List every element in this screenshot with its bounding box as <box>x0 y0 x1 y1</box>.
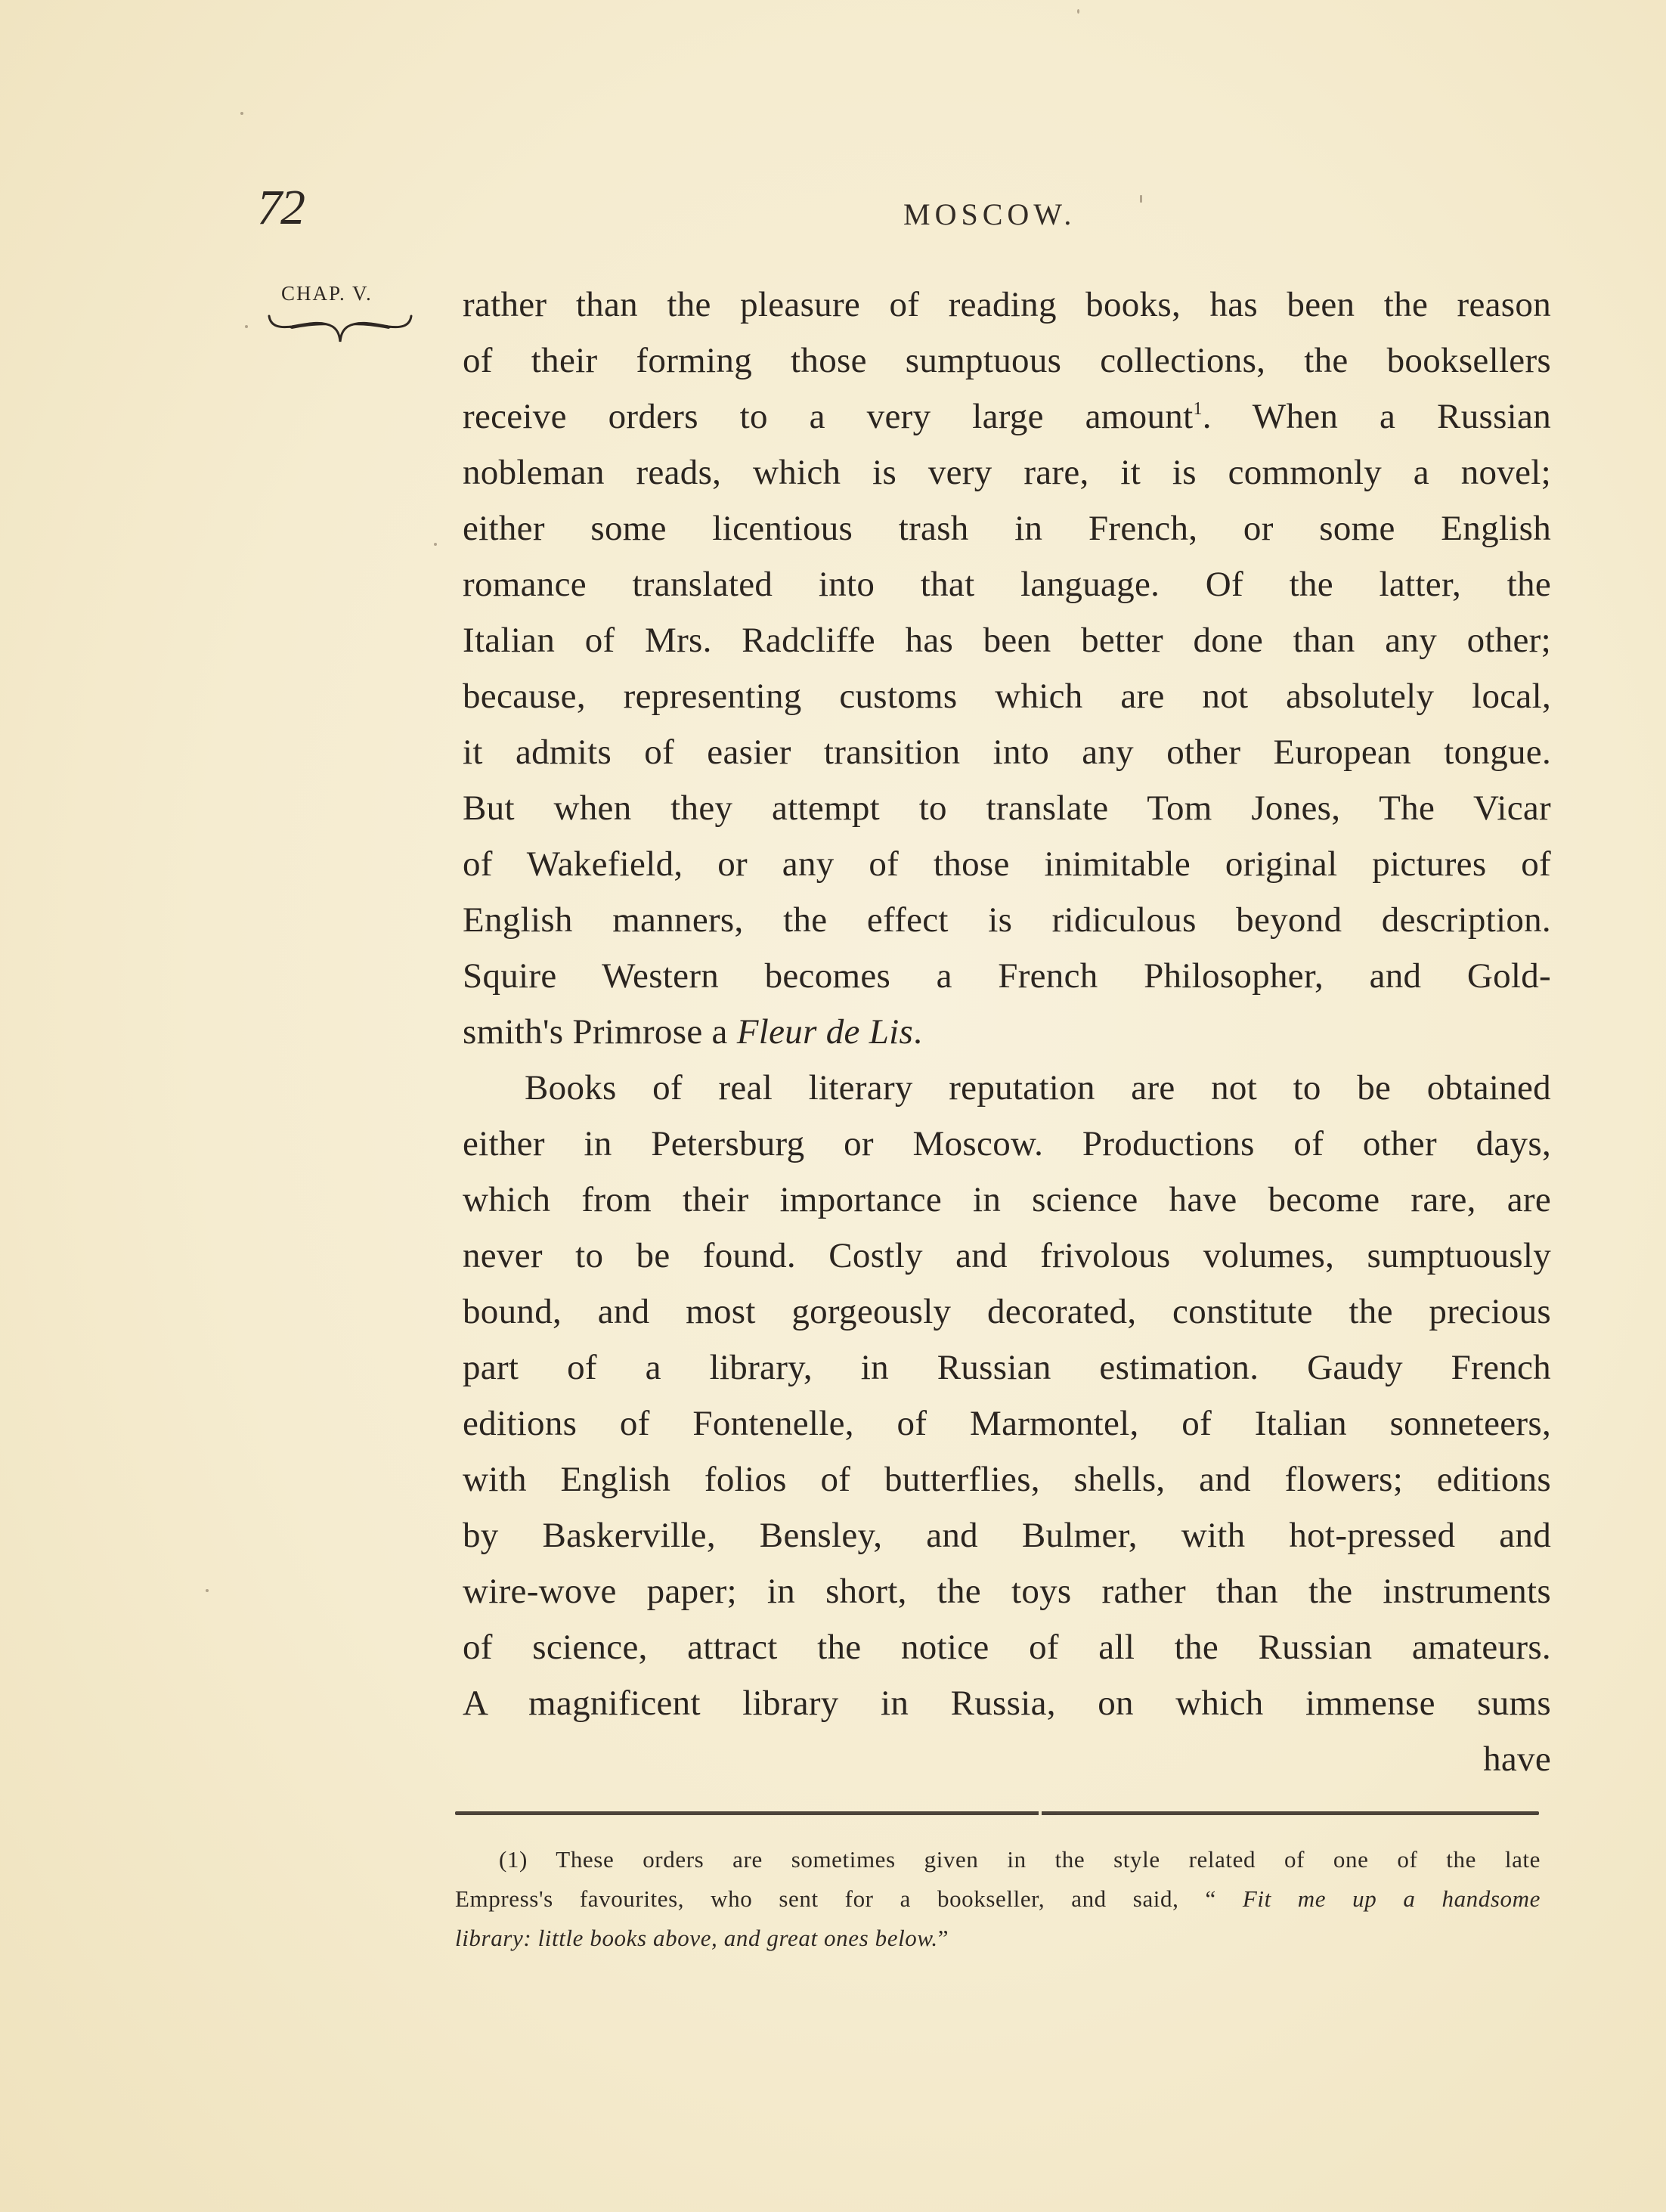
text-span: receive orders to a very large amount <box>463 397 1193 436</box>
text-line: smith's Primrose a Fleur de Lis. <box>463 1004 1551 1060</box>
footnote-rule <box>455 1811 1539 1815</box>
footnote-reference[interactable]: 1 <box>1193 399 1202 419</box>
footnote-text: ” <box>938 1925 949 1951</box>
text-line: Books of real literary reputation are no… <box>463 1060 1551 1116</box>
footnote-quote: Fit me up a handsome <box>1243 1885 1541 1912</box>
text-line: wire-wove paper; in short, the toys rath… <box>463 1563 1551 1619</box>
text-line: with English folios of butterflies, shel… <box>463 1451 1551 1507</box>
book-page: 72 MOSCOW. CHAP. V. rather than the plea… <box>0 0 1666 2212</box>
text-line: either in Petersburg or Moscow. Producti… <box>463 1116 1551 1172</box>
text-line: never to be found. Costly and frivolous … <box>463 1228 1551 1284</box>
paper-speck <box>245 325 248 328</box>
text-span: . <box>913 1012 922 1052</box>
text-line: nobleman reads, which is very rare, it i… <box>463 445 1551 500</box>
text-line: rather than the pleasure of reading book… <box>463 277 1551 333</box>
italic-phrase: Fleur de Lis <box>737 1012 913 1052</box>
footnote-line: Empress's favourites, who sent for a boo… <box>455 1879 1541 1919</box>
paper-speck <box>240 112 243 115</box>
text-line: of science, attract the notice of all th… <box>463 1619 1551 1675</box>
text-span: smith's Primrose a <box>463 1012 737 1052</box>
footnote-text: Empress's favourites, who sent for a boo… <box>455 1885 1243 1912</box>
footnote-marker: (1) <box>499 1846 528 1873</box>
footnote-quote: library: little books above, and great o… <box>455 1925 938 1951</box>
footnote-line: library: little books above, and great o… <box>455 1919 1541 1958</box>
text-line: which from their importance in science h… <box>463 1172 1551 1228</box>
catchword: have <box>463 1731 1551 1787</box>
page-number: 72 <box>257 181 304 234</box>
chapter-label: CHAP. V. <box>281 281 373 305</box>
text-line: Italian of Mrs. Radcliffe has been bette… <box>463 612 1551 668</box>
text-line: bound, and most gorgeously decorated, co… <box>463 1284 1551 1340</box>
text-line: of their forming those sumptuous collect… <box>463 333 1551 389</box>
paper-speck <box>434 543 437 546</box>
body-text: rather than the pleasure of reading book… <box>463 277 1551 1787</box>
paper-speck <box>1140 195 1142 203</box>
text-line: Squire Western becomes a French Philosop… <box>463 948 1551 1004</box>
footnotes: (1) These orders are sometimes given in … <box>455 1840 1541 1958</box>
text-line: romance translated into that language. O… <box>463 556 1551 612</box>
text-line: it admits of easier transition into any … <box>463 724 1551 780</box>
text-line: of Wakefield, or any of those inimitable… <box>463 836 1551 892</box>
text-line: either some licentious trash in French, … <box>463 500 1551 556</box>
text-line: English manners, the effect is ridiculou… <box>463 892 1551 948</box>
text-line: by Baskerville, Bensley, and Bulmer, wit… <box>463 1507 1551 1563</box>
text-line: receive orders to a very large amount1. … <box>463 389 1551 445</box>
paper-speck <box>1077 9 1079 14</box>
text-span: . When a Russian <box>1203 397 1551 436</box>
footnote-line: (1) These orders are sometimes given in … <box>455 1840 1541 1879</box>
footnote-text: These orders are sometimes given in the … <box>556 1846 1541 1873</box>
paper-speck <box>206 1589 209 1592</box>
text-line: But when they attempt to translate Tom J… <box>463 780 1551 836</box>
text-line: editions of Fontenelle, of Marmontel, of… <box>463 1396 1551 1451</box>
text-line: part of a library, in Russian estimation… <box>463 1340 1551 1396</box>
text-line: because, representing customs which are … <box>463 668 1551 724</box>
text-line: A magnificent library in Russia, on whic… <box>463 1675 1551 1731</box>
running-title: MOSCOW. <box>903 198 1076 231</box>
brace-ornament-icon <box>266 313 414 345</box>
